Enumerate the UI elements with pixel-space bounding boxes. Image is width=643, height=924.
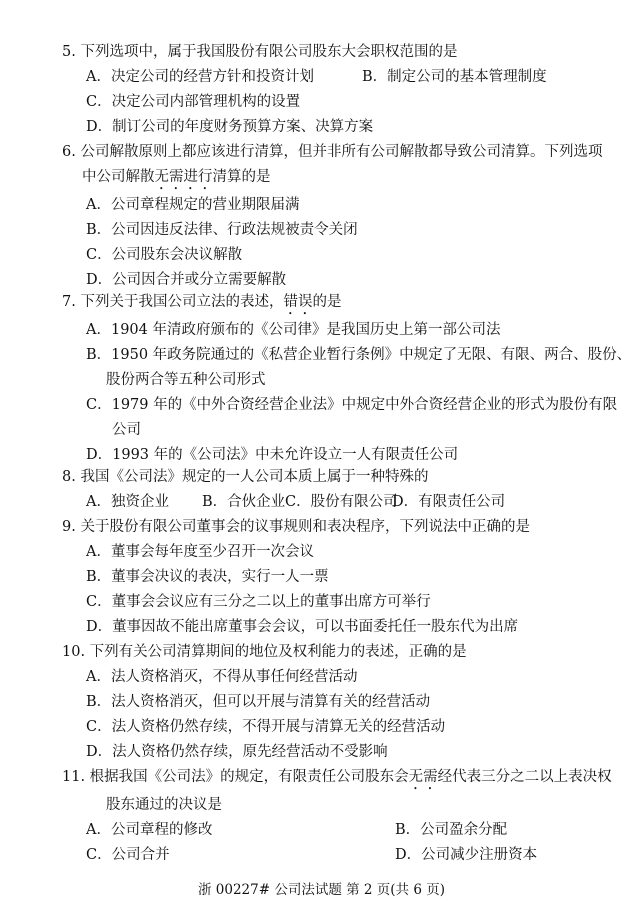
option-d: D．公司减少注册资本 xyxy=(395,845,537,865)
option-b: B．1950 年政务院通过的《私营企业暂行条例》中规定了无限、有限、两合、股份、 xyxy=(86,345,631,365)
question-number: 9. xyxy=(62,519,76,535)
option-c: C．公司股东会决议解散 xyxy=(86,245,242,265)
option-d: D．董事因故不能出席董事会会议，可以书面委托任一股东代为出席 xyxy=(86,617,518,637)
option-b: B．制定公司的基本管理制度 xyxy=(362,67,547,87)
stem-part: 清算的是 xyxy=(213,169,271,185)
stem-part: 中公司解散 xyxy=(82,169,155,185)
option-c: C．法人资格仍然存续，不得开展与清算无关的经营活动 xyxy=(86,717,445,737)
option-d: D．法人资格仍然存续，原先经营活动不受影响 xyxy=(86,742,388,762)
question-stem-cont: 股东通过的决议是 xyxy=(106,795,222,815)
question-9: 9. 关于股份有限公司董事会的议事规则和表决程序，下列说法中正确的是 xyxy=(62,517,530,537)
option-c-cont: 公司 xyxy=(112,420,141,440)
stem-part: 经代表三分之二以上表决权 xyxy=(438,769,612,785)
option-a: A．1904 年清政府颁布的《公司律》是我国历史上第一部公司法 xyxy=(86,320,500,340)
stem-part: 的是 xyxy=(312,294,341,310)
question-stem: 下列选项中，属于我国股份有限公司股东大会职权范围的是 xyxy=(80,44,457,60)
page-footer: 浙 00227# 公司法试题 第 2 页(共 6 页) xyxy=(0,880,643,900)
option-c: C．决定公司内部管理机构的设置 xyxy=(86,92,300,112)
option-d: D．公司因合并或分立需要解散 xyxy=(86,270,286,290)
question-number: 8. xyxy=(62,469,76,485)
question-stem-cont: 中公司解散无需进行清算的是 xyxy=(82,167,271,193)
question-7: 7. 下列关于我国公司立法的表述，错误的是 xyxy=(62,292,341,318)
option-a: A．公司章程的修改 xyxy=(86,820,212,840)
option-d: D．制订公司的年度财务预算方案、决算方案 xyxy=(86,117,373,137)
emphasized-text: 无需 xyxy=(409,769,438,785)
stem-part: 下列关于我国公司立法的表述， xyxy=(80,294,283,310)
emphasized-text: 错误 xyxy=(283,294,312,310)
question-stem: 下列有关公司清算期间的地位及权利能力的表述，正确的是 xyxy=(90,644,467,660)
option-b-cont: 股份两合等五种公司形式 xyxy=(106,370,266,390)
option-a: A．公司章程规定的营业期限届满 xyxy=(86,195,299,215)
option-c: C．股份有限公司 xyxy=(285,492,398,512)
question-number: 5. xyxy=(62,44,76,60)
question-8: 8. 我国《公司法》规定的一人公司本质上属于一种特殊的 xyxy=(62,467,428,487)
option-c: C．公司合并 xyxy=(86,845,170,865)
option-b: B．合伙企业 xyxy=(202,492,285,512)
option-d: D．有限责任公司 xyxy=(392,492,505,512)
question-5: 5. 下列选项中，属于我国股份有限公司股东大会职权范围的是 xyxy=(62,42,457,62)
emphasized-text: 无需进行 xyxy=(155,169,213,185)
option-b: B．公司盈余分配 xyxy=(395,820,507,840)
question-number: 11. xyxy=(62,769,85,785)
option-b: B．公司因违反法律、行政法规被责令关闭 xyxy=(86,220,358,240)
question-number: 7. xyxy=(62,294,76,310)
option-b: B．董事会决议的表决，实行一人一票 xyxy=(86,567,329,587)
question-stem: 我国《公司法》规定的一人公司本质上属于一种特殊的 xyxy=(80,469,428,485)
option-a: A．法人资格消灭，不得从事任何经营活动 xyxy=(86,667,357,687)
question-number: 10. xyxy=(62,644,85,660)
option-d: D．1993 年的《公司法》中未允许设立一人有限责任公司 xyxy=(86,445,458,465)
question-number: 6. xyxy=(62,144,76,160)
option-b: B．法人资格消灭，但可以开展与清算有关的经营活动 xyxy=(86,692,430,712)
question-10: 10. 下列有关公司清算期间的地位及权利能力的表述，正确的是 xyxy=(62,642,467,662)
stem-part: 根据我国《公司法》的规定，有限责任公司股东会 xyxy=(90,769,409,785)
option-c: C．1979 年的《中外合资经营企业法》中规定中外合资经营企业的形式为股份有限 xyxy=(86,395,617,415)
question-stem: 公司解散原则上都应该进行清算，但并非所有公司解散都导致公司清算。下列选项 xyxy=(80,144,602,160)
question-stem: 关于股份有限公司董事会的议事规则和表决程序，下列说法中正确的是 xyxy=(80,519,530,535)
option-a: A．董事会每年度至少召开一次会议 xyxy=(86,542,314,562)
option-a: A．独资企业 xyxy=(86,492,169,512)
option-c: C．董事会会议应有三分之二以上的董事出席方可举行 xyxy=(86,592,431,612)
question-11: 11. 根据我国《公司法》的规定，有限责任公司股东会无需经代表三分之二以上表决权 xyxy=(62,767,612,793)
question-6: 6. 公司解散原则上都应该进行清算，但并非所有公司解散都导致公司清算。下列选项 xyxy=(62,142,602,162)
option-a: A．决定公司的经营方针和投资计划 xyxy=(86,67,314,87)
